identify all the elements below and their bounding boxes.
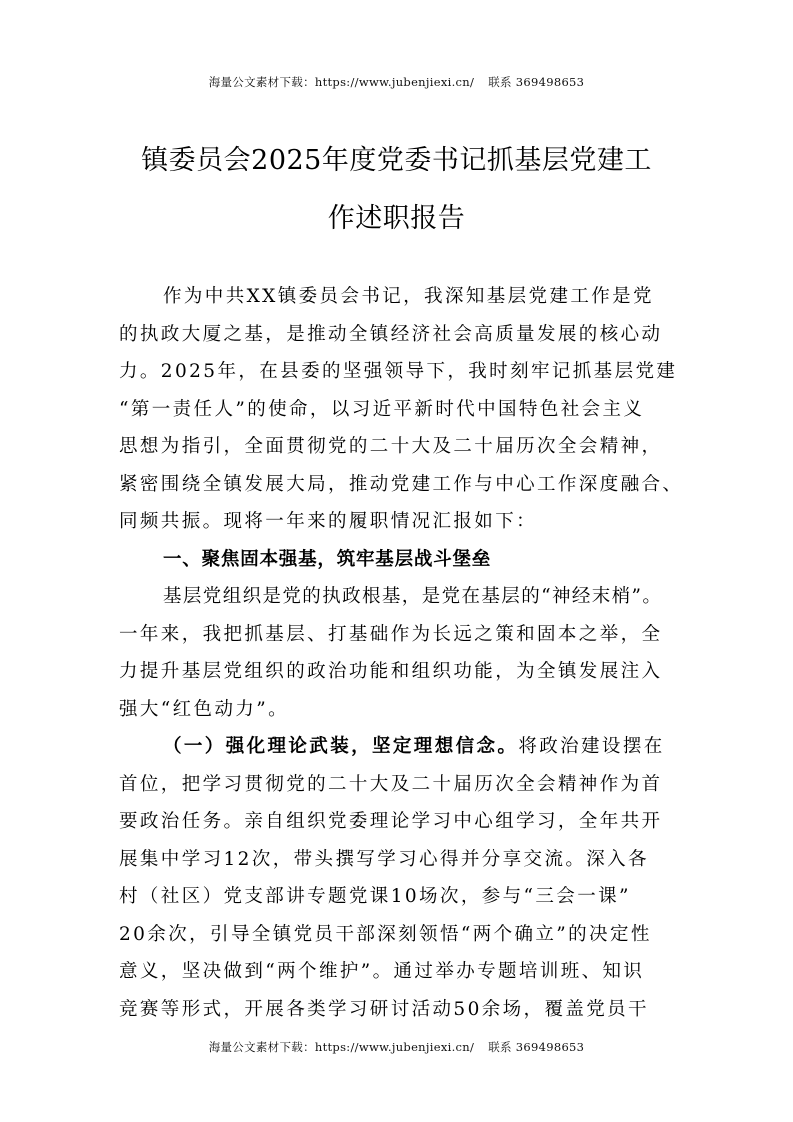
paragraph-text: 将政治建设摆在 [518,736,664,757]
page-header: 海量公文素材下载：https://www.jubenjiexi.cn/联系 36… [0,74,793,90]
header-label: 海量公文素材下载：https://www.jubenjiexi.cn/ [209,75,475,89]
paragraph-line: 竞赛等形式，开展各类学习研讨活动50余场，覆盖党员干 [119,995,675,1021]
paragraph-line: 思想为指引，全面贯彻党的二十大及二十届历次全会精神， [119,432,675,458]
subsection-heading: （一）强化理论武装，坚定理想信念。 [163,736,518,757]
paragraph-line: 要政治任务。亲自组织党委理论学习中心组学习，全年共开 [119,807,675,833]
footer-contact: 联系 369498653 [488,1040,584,1054]
paragraph-line: 作为中共XX镇委员会书记，我深知基层党建工作是党 [163,282,675,308]
paragraph-line: 意义，坚决做到“两个维护”。通过举办专题培训班、知识 [119,957,675,983]
paragraph-line: “第一责任人”的使命，以习近平新时代中国特色社会主义 [119,395,675,421]
paragraph-line: （一）强化理论武装，坚定理想信念。将政治建设摆在 [163,732,675,758]
section-heading: 一、聚焦固本强基，筑牢基层战斗堡垒 [163,545,675,571]
paragraph-line: 同频共振。现将一年来的履职情况汇报如下： [119,507,675,533]
paragraph-line: 20余次，引导全镇党员干部深刻领悟“两个确立”的决定性 [119,920,675,946]
paragraph-line: 村（社区）党支部讲专题党课10场次，参与“三会一课” [119,882,675,908]
paragraph-line: 力提升基层党组织的政治功能和组织功能，为全镇发展注入 [119,657,675,683]
document-title-line-1: 镇委员会2025年度党委书记抓基层党建工 [0,138,793,177]
paragraph-line: 强大“红色动力”。 [119,695,675,721]
paragraph-line: 一年来，我把抓基层、打基础作为长远之策和固本之举，全 [119,620,675,646]
paragraph-line: 首位，把学习贯彻党的二十大及二十届历次全会精神作为首 [119,770,675,796]
page-footer: 海量公文素材下载：https://www.jubenjiexi.cn/联系 36… [0,1039,793,1055]
paragraph-line: 力。2025年，在县委的坚强领导下，我时刻牢记抓基层党建 [119,357,675,383]
document-title-line-2: 作述职报告 [0,196,793,235]
footer-label: 海量公文素材下载：https://www.jubenjiexi.cn/ [209,1040,475,1054]
paragraph-line: 紧密围绕全镇发展大局，推动党建工作与中心工作深度融合、 [119,470,675,496]
header-contact: 联系 369498653 [488,75,584,89]
paragraph-line: 的执政大厦之基，是推动全镇经济社会高质量发展的核心动 [119,320,675,346]
paragraph-line: 展集中学习12次，带头撰写学习心得并分享交流。深入各 [119,845,675,871]
paragraph-line: 基层党组织是党的执政根基，是党在基层的“神经末梢”。 [163,582,675,608]
